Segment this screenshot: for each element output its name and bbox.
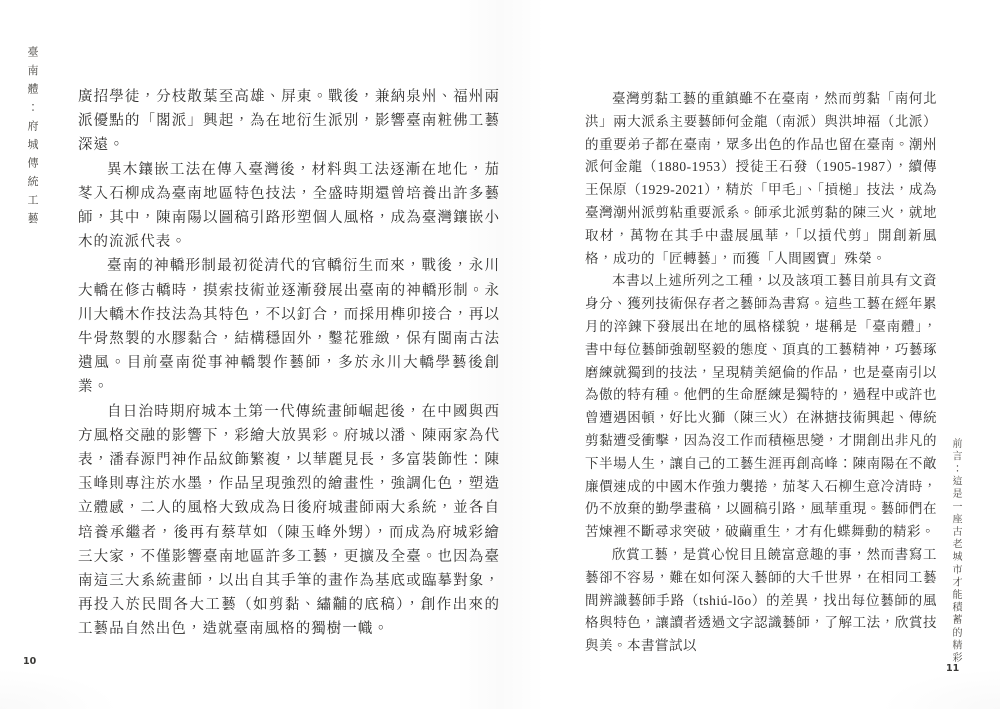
paragraph: 臺灣剪黏工藝的重鎮雖不在臺南，然而剪黏「南何北洪」兩大派系主要藝師何金龍（南派）… [585,88,937,270]
book-spread: 臺南體：府城傳統工藝 廣招學徒，分枝散葉至高雄、屏東。戰後，兼納泉州、福州兩派優… [0,0,1000,709]
right-page-text: 臺灣剪黏工藝的重鎮雖不在臺南，然而剪黏「南何北洪」兩大派系主要藝師何金龍（南派）… [585,88,937,658]
paragraph: 欣賞工藝，是賞心悅目且饒富意趣的事，然而書寫工藝卻不容易，難在如何深入藝師的大千… [585,544,937,658]
paragraph: 廣招學徒，分枝散葉至高雄、屏東。戰後，兼納泉州、福州兩派優點的「閣派」興起，為在… [78,85,500,158]
page-corner-shade-left [0,669,120,709]
left-margin-book-title: 臺南體：府城傳統工藝 [24,46,40,231]
paragraph: 異木鑲嵌工法在傳入臺灣後，材料與工法逐漸在地化，茄苳入石柳成為臺南地區特色技法，… [78,158,500,255]
paragraph: 自日治時期府城本土第一代傳統畫師崛起後，在中國與西方風格交融的影響下，彩繪大放異… [78,400,500,642]
right-page-number: 11 [946,663,959,674]
paragraph: 本書以上述所列之工種，以及該項工藝目前具有文資身分、獲列技術保存者之藝師為書寫。… [585,270,937,544]
right-margin-chapter-title: 前言：這是一座古老城市才能積蓄的精彩 [948,438,963,665]
left-page-text: 廣招學徒，分枝散葉至高雄、屏東。戰後，兼納泉州、福州兩派優點的「閣派」興起，為在… [78,85,500,642]
left-page-number: 10 [23,656,36,667]
paragraph: 臺南的神轎形制最初從清代的官轎衍生而來，戰後，永川大轎在修古轎時，摸索技術並逐漸… [78,254,500,399]
page-corner-shade-right [880,669,1000,709]
